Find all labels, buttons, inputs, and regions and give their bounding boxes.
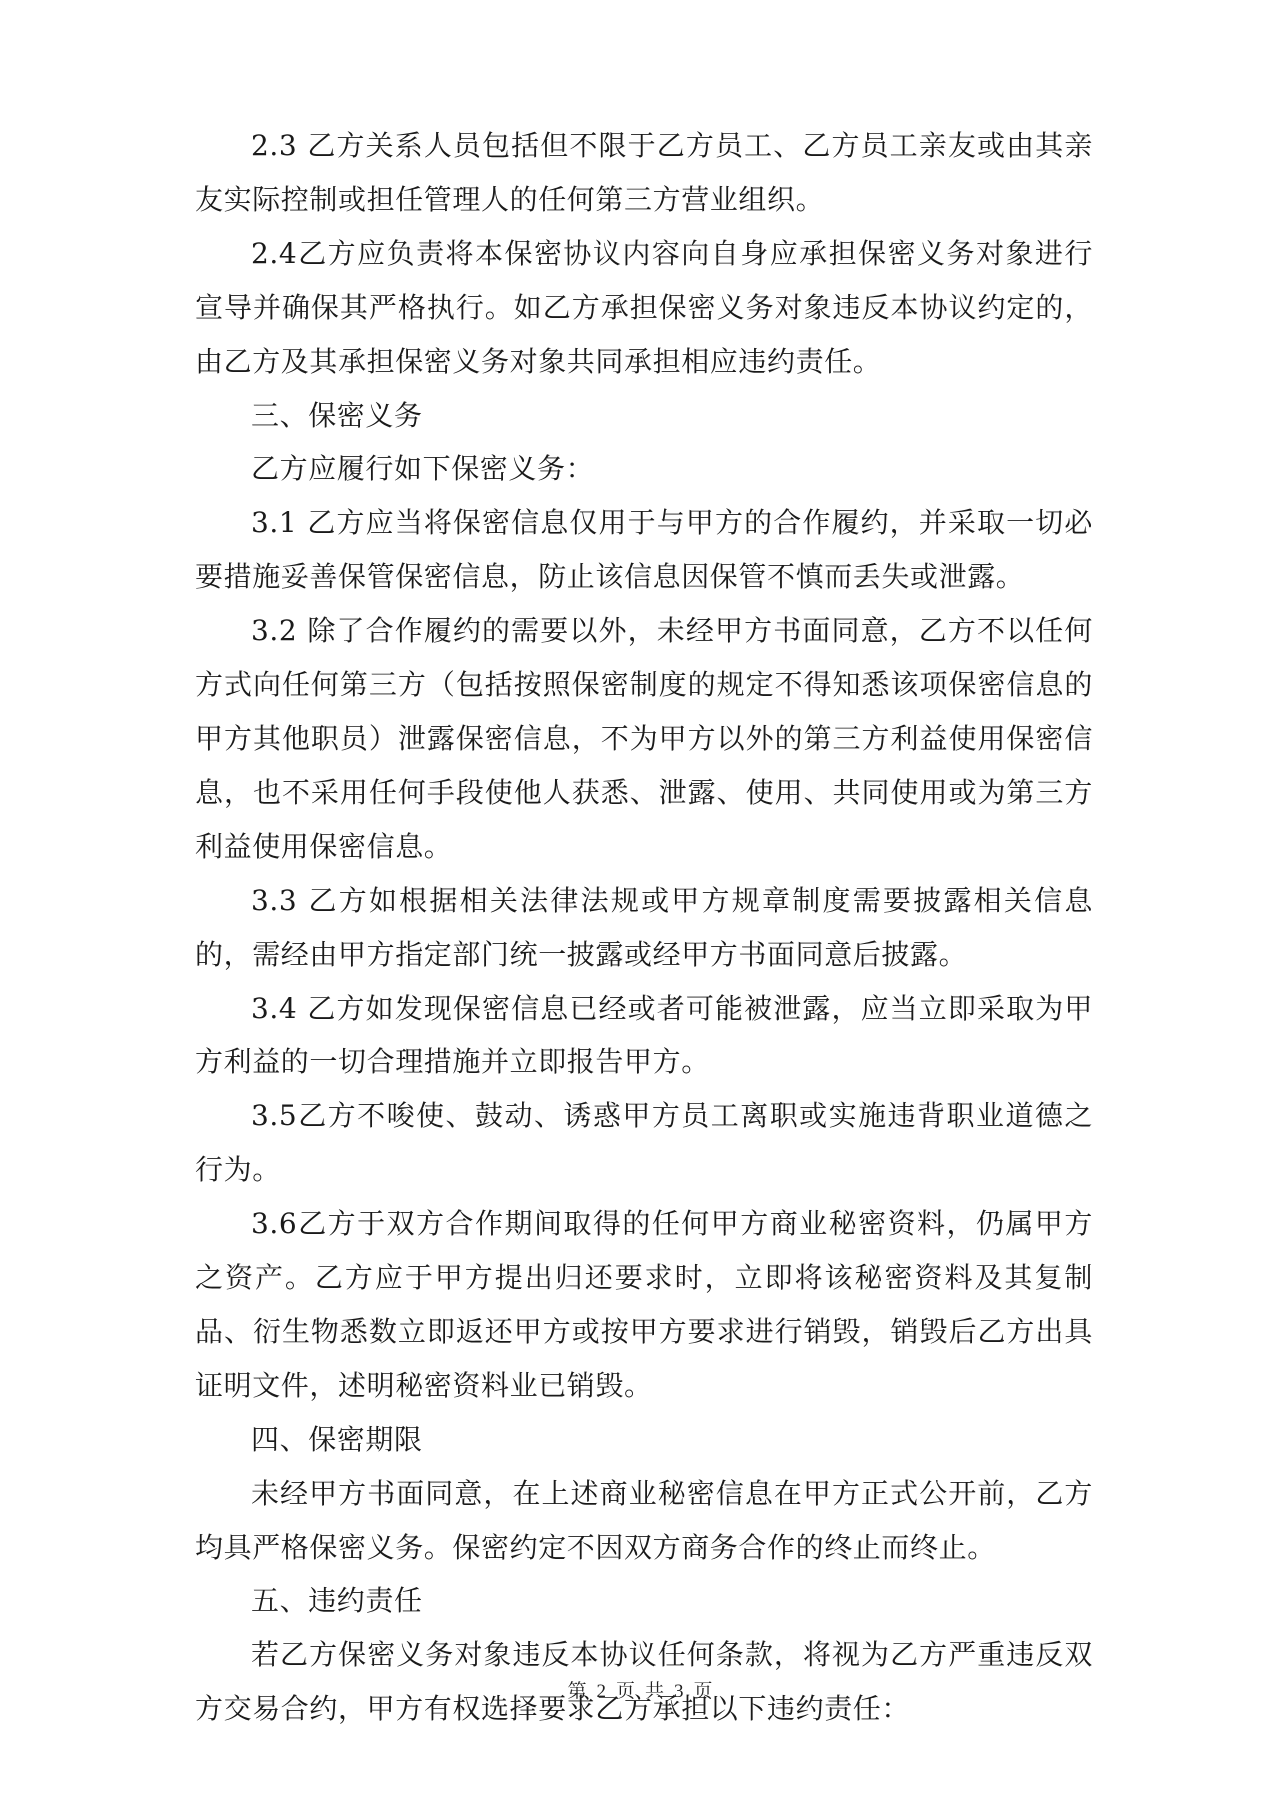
section-heading-liability: 五、违约责任 bbox=[195, 1574, 1093, 1628]
section-heading-confidentiality-obligations: 三、保密义务 bbox=[195, 389, 1093, 443]
total-pages-number: 3 bbox=[674, 1681, 684, 1702]
clause-3-6: 3.6乙方于双方合作期间取得的任何甲方商业秘密资料，仍属甲方之资产。乙方应于甲方… bbox=[195, 1197, 1093, 1413]
clause-2-4: 2.4乙方应负责将本保密协议内容向自身应承担保密义务对象进行宣导并确保其严格执行… bbox=[195, 227, 1093, 389]
current-page-number: 2 bbox=[596, 1681, 606, 1702]
clause-3-3: 3.3 乙方如根据相关法律法规或甲方规章制度需要披露相关信息的，需经由甲方指定部… bbox=[195, 874, 1093, 982]
clause-2-3: 2.3 乙方关系人员包括但不限于乙方员工、乙方员工亲友或由其亲友实际控制或担任管… bbox=[195, 119, 1093, 227]
clause-3-5: 3.5乙方不唆使、鼓动、诱惑甲方员工离职或实施违背职业道德之行为。 bbox=[195, 1089, 1093, 1197]
footer-prefix: 第 bbox=[567, 1681, 586, 1702]
document-page: 2.3 乙方关系人员包括但不限于乙方员工、乙方员工亲友或由其亲友实际控制或担任管… bbox=[195, 119, 1093, 1736]
section-heading-confidentiality-period: 四、保密期限 bbox=[195, 1413, 1093, 1467]
section-body-confidentiality-period: 未经甲方书面同意，在上述商业秘密信息在甲方正式公开前，乙方均具严格保密义务。保密… bbox=[195, 1467, 1093, 1575]
footer-total-prefix: 共 bbox=[645, 1681, 664, 1702]
footer-page-word: 页 bbox=[616, 1681, 635, 1702]
clause-3-4: 3.4 乙方如发现保密信息已经或者可能被泄露，应当立即采取为甲方利益的一切合理措… bbox=[195, 982, 1093, 1090]
clause-3-2: 3.2 除了合作履约的需要以外，未经甲方书面同意，乙方不以任何方式向任何第三方（… bbox=[195, 604, 1093, 874]
page-footer: 第2页共3页 bbox=[0, 1676, 1280, 1703]
clause-3-1: 3.1 乙方应当将保密信息仅用于与甲方的合作履约，并采取一切必要措施妥善保管保密… bbox=[195, 496, 1093, 604]
section-intro-obligations: 乙方应履行如下保密义务： bbox=[195, 442, 1093, 496]
footer-suffix: 页 bbox=[694, 1681, 713, 1702]
